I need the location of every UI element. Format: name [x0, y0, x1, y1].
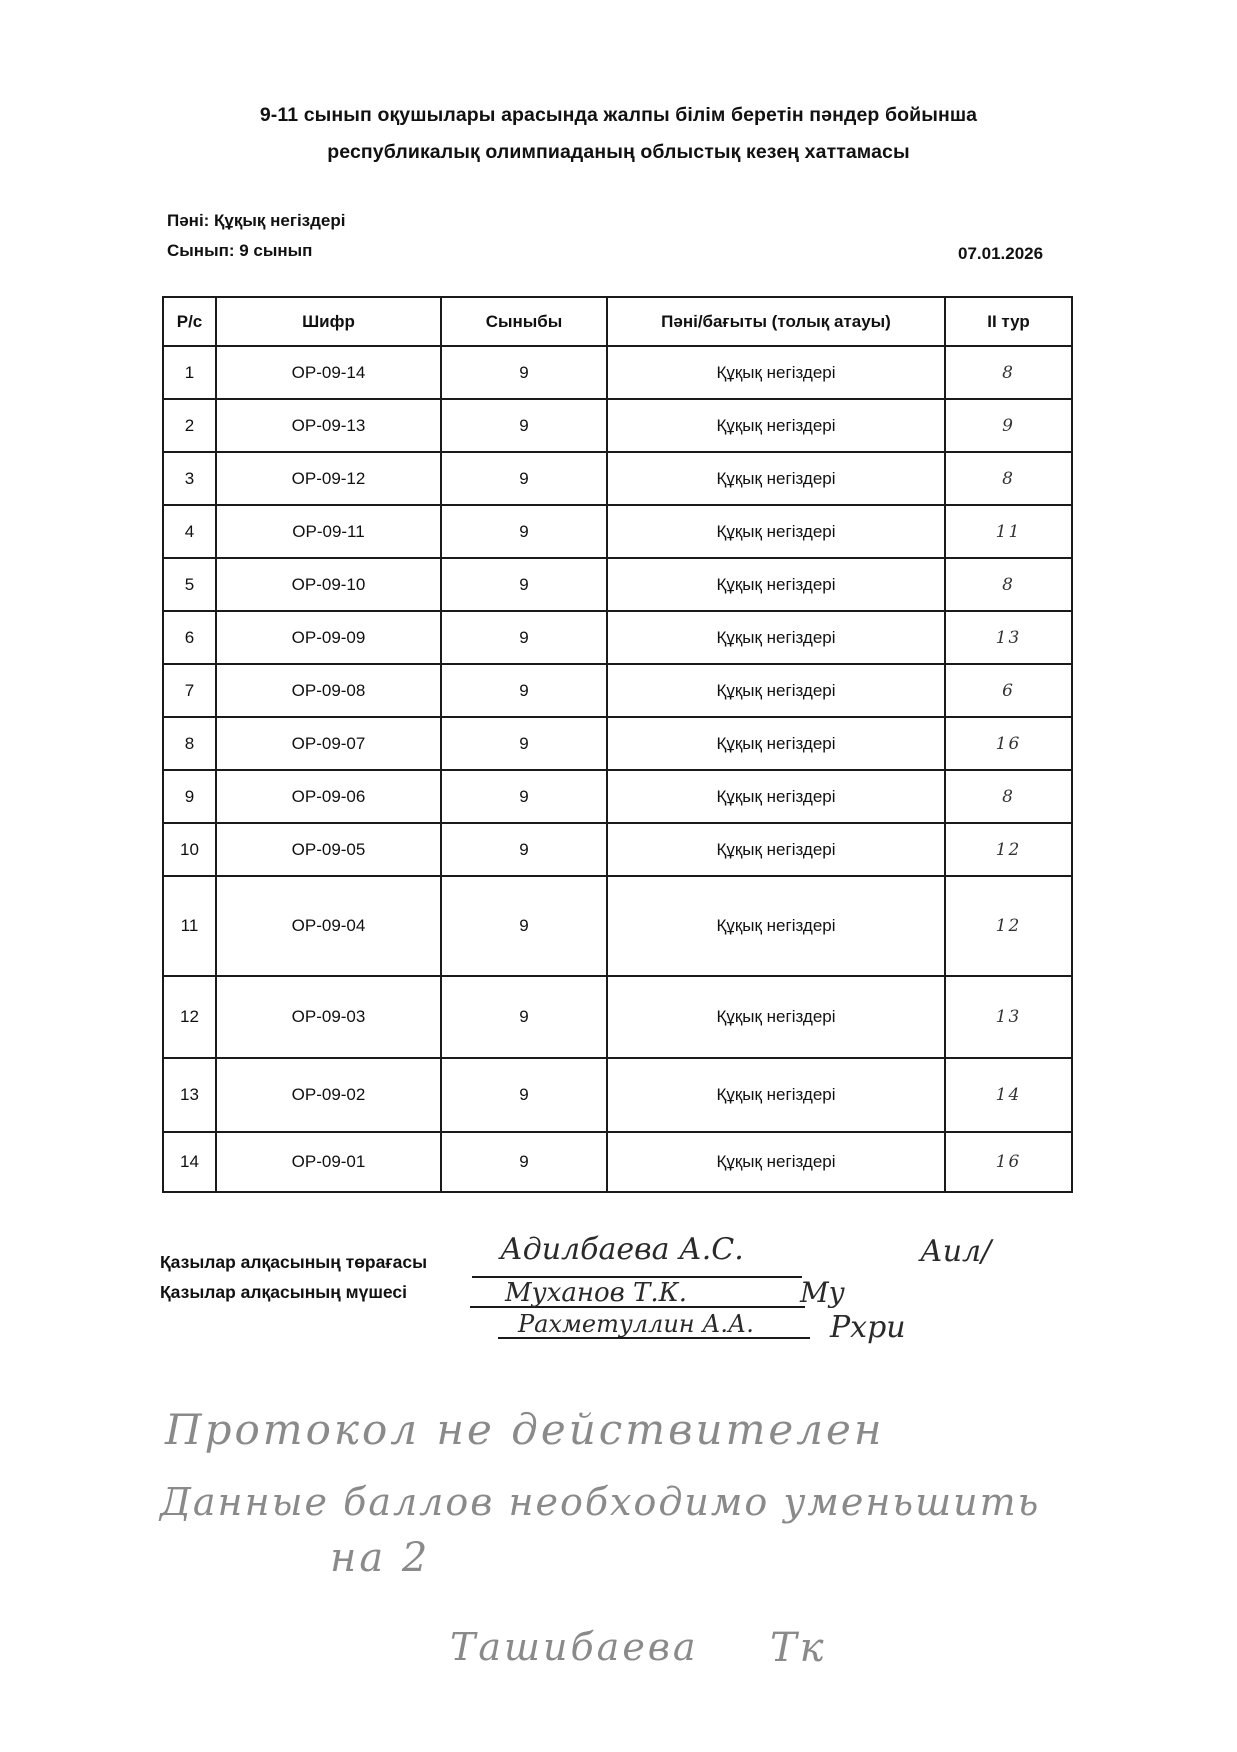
subject-name: Құқық негіздері [607, 823, 945, 876]
subject-name: Құқық негіздері [607, 1058, 945, 1132]
table-row: 1OP-09-149Құқық негіздері8 [163, 346, 1072, 399]
grade: 9 [441, 1058, 607, 1132]
document-title-line-2: республикалық олимпиаданың облыстық кезе… [0, 141, 1237, 164]
participant-code: OP-09-01 [216, 1132, 441, 1192]
table-header-row: Р/с Шифр Сыныбы Пәні/бағыты (толық атауы… [163, 297, 1072, 346]
round-2-score: 13 [945, 611, 1072, 664]
table-row: 5OP-09-109Құқық негіздері8 [163, 558, 1072, 611]
results-table: Р/с Шифр Сыныбы Пәні/бағыты (толық атауы… [162, 296, 1073, 1193]
participant-code: OP-09-13 [216, 399, 441, 452]
round-2-score: 14 [945, 1058, 1072, 1132]
note-line-1: Протокол не действителен [165, 1405, 885, 1454]
round-2-score: 8 [945, 346, 1072, 399]
row-number: 5 [163, 558, 216, 611]
participant-code: OP-09-11 [216, 505, 441, 558]
grade: 9 [441, 770, 607, 823]
subject-label: Пәні: Құқық негіздері [167, 211, 345, 231]
round-2-score: 12 [945, 876, 1072, 976]
table-row: 10OP-09-059Құқық негіздері12 [163, 823, 1072, 876]
participant-code: OP-09-07 [216, 717, 441, 770]
subject-name: Құқық негіздері [607, 558, 945, 611]
row-number: 8 [163, 717, 216, 770]
subject-name: Құқық негіздері [607, 876, 945, 976]
document-title-line-1: 9-11 сынып оқушылары арасында жалпы білі… [0, 104, 1237, 127]
grade: 9 [441, 976, 607, 1058]
participant-code: OP-09-12 [216, 452, 441, 505]
row-number: 10 [163, 823, 216, 876]
table-row: 4OP-09-119Құқық негіздері11 [163, 505, 1072, 558]
row-number: 3 [163, 452, 216, 505]
note-signer-signature: Тк [770, 1625, 827, 1671]
round-2-score: 8 [945, 558, 1072, 611]
note-line-2: Данные баллов необходимо уменьшить [160, 1480, 1040, 1524]
participant-code: OP-09-05 [216, 823, 441, 876]
grade: 9 [441, 346, 607, 399]
subject-name: Құқық негіздері [607, 976, 945, 1058]
participant-code: OP-09-06 [216, 770, 441, 823]
note-signer-name: Ташибаева [450, 1625, 699, 1669]
chair-label: Қазылар алқасының төрағасы [160, 1252, 427, 1273]
table-row: 3OP-09-129Құқық негіздері8 [163, 452, 1072, 505]
grade: 9 [441, 823, 607, 876]
row-number: 13 [163, 1058, 216, 1132]
chair-handwritten-name: Адилбаева А.С. [500, 1232, 744, 1267]
subject-name: Құқық негіздері [607, 452, 945, 505]
grade: 9 [441, 717, 607, 770]
round-2-score: 13 [945, 976, 1072, 1058]
round-2-score: 11 [945, 505, 1072, 558]
column-header-grade: Сыныбы [441, 297, 607, 346]
grade: 9 [441, 1132, 607, 1192]
participant-code: OP-09-04 [216, 876, 441, 976]
grade: 9 [441, 611, 607, 664]
table-row: 14OP-09-019Құқық негіздері16 [163, 1132, 1072, 1192]
column-header-code: Шифр [216, 297, 441, 346]
grade: 9 [441, 558, 607, 611]
subject-name: Құқық негіздері [607, 770, 945, 823]
subject-name: Құқық негіздері [607, 399, 945, 452]
member2-signature: Рхри [830, 1310, 906, 1345]
column-header-number: Р/с [163, 297, 216, 346]
round-2-score: 8 [945, 452, 1072, 505]
participant-code: OP-09-14 [216, 346, 441, 399]
member-label: Қазылар алқасының мүшесі [160, 1282, 407, 1303]
table-row: 8OP-09-079Құқық негіздері16 [163, 717, 1072, 770]
member2-handwritten-name: Рахметуллин А.А. [518, 1310, 754, 1338]
participant-code: OP-09-02 [216, 1058, 441, 1132]
row-number: 11 [163, 876, 216, 976]
table-row: 11OP-09-049Құқық негіздері12 [163, 876, 1072, 976]
table-row: 2OP-09-139Құқық негіздері9 [163, 399, 1072, 452]
table-row: 9OP-09-069Құқық негіздері8 [163, 770, 1072, 823]
grade: 9 [441, 505, 607, 558]
table-row: 13OP-09-029Құқық негіздері14 [163, 1058, 1072, 1132]
participant-code: OP-09-10 [216, 558, 441, 611]
row-number: 1 [163, 346, 216, 399]
table-row: 12OP-09-039Құқық негіздері13 [163, 976, 1072, 1058]
row-number: 14 [163, 1132, 216, 1192]
round-2-score: 6 [945, 664, 1072, 717]
row-number: 7 [163, 664, 216, 717]
participant-code: OP-09-03 [216, 976, 441, 1058]
round-2-score: 16 [945, 717, 1072, 770]
participant-code: OP-09-09 [216, 611, 441, 664]
column-header-subject: Пәні/бағыты (толық атауы) [607, 297, 945, 346]
round-2-score: 8 [945, 770, 1072, 823]
round-2-score: 12 [945, 823, 1072, 876]
subject-name: Құқық негіздері [607, 717, 945, 770]
table-row: 6OP-09-099Құқық негіздері13 [163, 611, 1072, 664]
round-2-score: 16 [945, 1132, 1072, 1192]
row-number: 12 [163, 976, 216, 1058]
participant-code: OP-09-08 [216, 664, 441, 717]
note-line-3: на 2 [330, 1535, 430, 1581]
round-2-score: 9 [945, 399, 1072, 452]
grade: 9 [441, 399, 607, 452]
row-number: 4 [163, 505, 216, 558]
subject-name: Құқық негіздері [607, 611, 945, 664]
table-row: 7OP-09-089Құқық негіздері6 [163, 664, 1072, 717]
grade: 9 [441, 876, 607, 976]
grade: 9 [441, 664, 607, 717]
row-number: 2 [163, 399, 216, 452]
column-header-round-2: II тур [945, 297, 1072, 346]
subject-name: Құқық негіздері [607, 1132, 945, 1192]
row-number: 6 [163, 611, 216, 664]
member1-handwritten-name: Муханов Т.К. [505, 1278, 687, 1308]
grade: 9 [441, 452, 607, 505]
chair-signature: Аил/ [920, 1234, 991, 1269]
row-number: 9 [163, 770, 216, 823]
subject-name: Құқық негіздері [607, 505, 945, 558]
subject-name: Құқық негіздері [607, 346, 945, 399]
class-label: Сынып: 9 сынып [167, 241, 312, 261]
member1-signature: Му [800, 1276, 845, 1309]
protocol-date: 07.01.2026 [958, 244, 1043, 264]
subject-name: Құқық негіздері [607, 664, 945, 717]
